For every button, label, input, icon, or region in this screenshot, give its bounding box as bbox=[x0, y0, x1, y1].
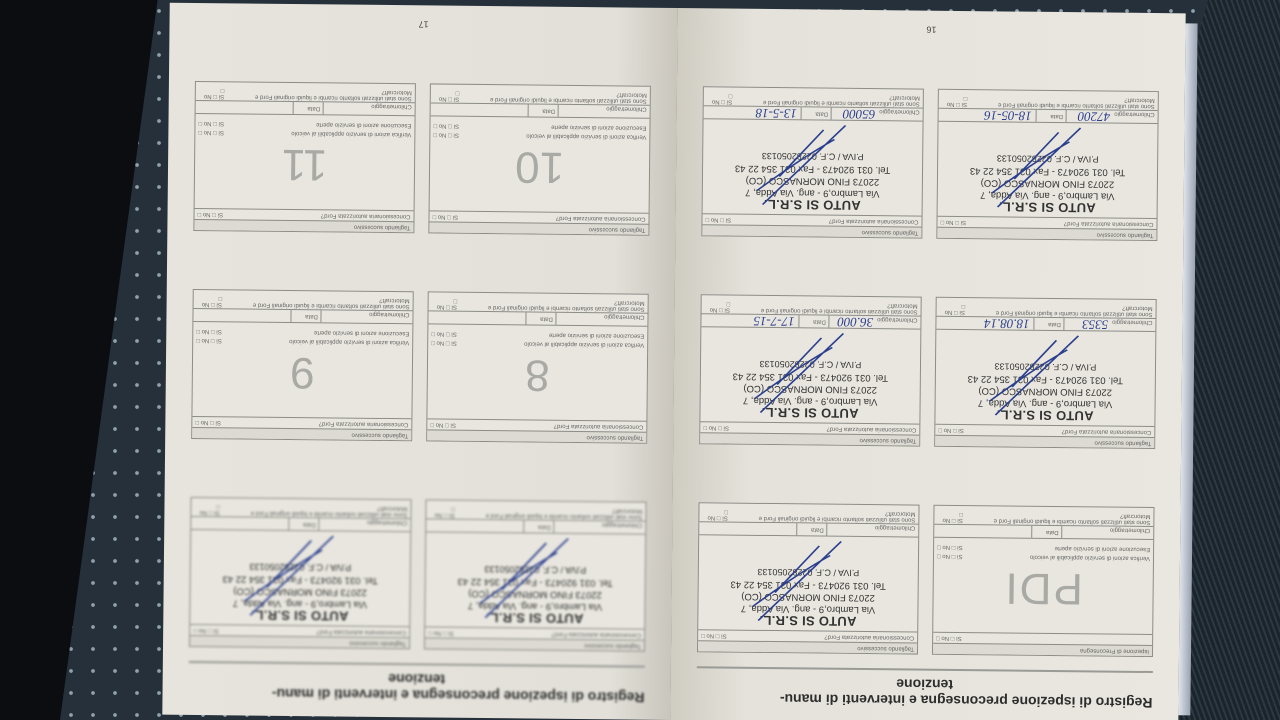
service-number: 9 bbox=[193, 346, 413, 398]
odometer-value bbox=[1106, 526, 1110, 541]
service-record-card-stamped: Tagliando successivo Concessionaria auto… bbox=[701, 86, 924, 238]
date-value: 13-5-18 bbox=[756, 105, 801, 121]
dealer-question-row: Concessionaria autorizzata Ford?Sì □ No … bbox=[935, 424, 1154, 437]
dealer-stamp: AUTO SI S.R.L. Via Lambro,9 - ang. Via A… bbox=[935, 360, 1155, 422]
card-body: AUTO SI S.R.L. Via Lambro,9 - ang. Via A… bbox=[190, 530, 410, 626]
genuine-parts-row: Sono stati utilizzati soltanto ricambi e… bbox=[704, 87, 923, 107]
odometer-value bbox=[363, 518, 367, 533]
dealer-stamp: AUTO SI S.R.L. Via Lambro,9 - ang. Via A… bbox=[938, 152, 1158, 214]
service-grid-left: Ispezione di Preconsegna Sì □ No □ PDI V… bbox=[697, 86, 1159, 657]
page-title: Registro di ispezione preconsegna e inte… bbox=[696, 666, 1152, 711]
service-checks: Verifica azioni di servizio applicabili … bbox=[431, 328, 644, 348]
card-header: Tagliando successivo bbox=[702, 224, 921, 237]
card-header: Tagliando successivo bbox=[425, 637, 644, 650]
card-body: 11 Verifica azioni di servizio applicabi… bbox=[195, 114, 415, 210]
card-header: Tagliando successivo bbox=[427, 429, 646, 442]
dealer-question-row: Concessionaria autorizzata Ford?Sì □ No … bbox=[427, 418, 646, 431]
genuine-parts-row: Sono stati utilizzati soltanto ricambi e… bbox=[431, 84, 650, 104]
genuine-parts-row: Sono stati utilizzati soltanto ricambi e… bbox=[937, 298, 1156, 318]
date-value: 18.08.14 bbox=[984, 315, 1034, 332]
odometer-value bbox=[367, 102, 371, 117]
dealer-question-row: Concessionaria autorizzata Ford?Sì □ No … bbox=[937, 216, 1156, 229]
genuine-parts-row: Sono stati utilizzati soltanto ricambi e… bbox=[196, 82, 415, 102]
dealer-stamp: AUTO SI S.R.L. Via Lambro,9 - ang. Via A… bbox=[698, 565, 918, 627]
page-number: 17 bbox=[170, 17, 678, 32]
service-checks: Verifica azioni di servizio applicabili … bbox=[198, 118, 411, 138]
card-header: Tagliando successivo bbox=[698, 640, 917, 653]
card-body: PDI Verifica azioni di servizio applicab… bbox=[933, 538, 1153, 634]
card-body: 10 Verifica azioni di servizio applicabi… bbox=[430, 116, 650, 212]
dealer-question-row: Concessionaria autorizzata Ford?Sì □ No … bbox=[698, 629, 917, 642]
dealer-question-row: Concessionaria autorizzata Ford?Sì □ No … bbox=[700, 421, 919, 434]
page-number: 16 bbox=[677, 22, 1185, 37]
odometer-value bbox=[598, 520, 602, 535]
card-header: Tagliando successivo bbox=[194, 219, 413, 232]
genuine-parts-row: Sono stati utilizzati soltanto ricambi e… bbox=[939, 90, 1158, 110]
service-record-card: Ispezione di Preconsegna Sì □ No □ PDI V… bbox=[932, 505, 1155, 657]
service-grid-right: Tagliando successivo Concessionaria auto… bbox=[189, 81, 651, 652]
genuine-parts-row: Sono stati utilizzati soltanto ricambi e… bbox=[429, 292, 648, 312]
dealer-question-row: Concessionaria autorizzata Ford?Sì □ No … bbox=[429, 210, 648, 223]
card-body: AUTO SI S.R.L. Via Lambro,9 - ang. Via A… bbox=[935, 330, 1155, 426]
dealer-question-row: Sì □ No □ bbox=[933, 632, 1152, 645]
odometer-value bbox=[600, 312, 604, 327]
service-record-card: Tagliando successivo Concessionaria auto… bbox=[426, 291, 649, 443]
dealer-question-row: Concessionaria autorizzata Ford?Sì □ No … bbox=[190, 624, 409, 637]
service-checks: Verifica azioni di servizio applicabili … bbox=[433, 120, 646, 140]
service-record-card-stamped: Tagliando successivo Concessionaria auto… bbox=[936, 89, 1159, 241]
date-value: 17-7-15 bbox=[753, 313, 798, 329]
card-body: AUTO SI S.R.L. Via Lambro,9 - ang. Via A… bbox=[698, 535, 918, 631]
service-checks: Verifica azioni di servizio applicabili … bbox=[196, 326, 409, 346]
page-17: Registro di ispezione preconsegna e inte… bbox=[162, 3, 677, 720]
card-body: AUTO SI S.R.L. Via Lambro,9 - ang. Via A… bbox=[938, 122, 1158, 218]
card-header: Ispezione di Preconsegna bbox=[933, 643, 1152, 656]
dealer-question-row: Concessionaria autorizzata Ford?Sì □ No … bbox=[194, 208, 413, 221]
service-record-card-stamped: Tagliando successivo Concessionaria auto… bbox=[934, 297, 1157, 449]
dealer-stamp: AUTO SI S.R.L. Via Lambro,9 - ang. Via A… bbox=[700, 357, 920, 419]
service-record-card-stamped: Tagliando successivo Concessionaria auto… bbox=[189, 497, 412, 649]
genuine-parts-row: Sono stati utilizzati soltanto ricambi e… bbox=[699, 503, 918, 523]
service-number: PDI bbox=[933, 562, 1153, 614]
page-16: Registro di ispezione preconsegna e inte… bbox=[670, 8, 1185, 720]
service-record-card: Tagliando successivo Concessionaria auto… bbox=[191, 289, 414, 441]
service-record-card-stamped: Tagliando successivo Concessionaria auto… bbox=[699, 294, 922, 446]
odometer-value bbox=[871, 523, 875, 538]
dealer-question-row: Concessionaria autorizzata Ford?Sì □ No … bbox=[425, 626, 644, 639]
card-body: AUTO SI S.R.L. Via Lambro,9 - ang. Via A… bbox=[425, 532, 645, 628]
page-title: Registro di ispezione preconsegna e inte… bbox=[188, 661, 644, 706]
card-body: AUTO SI S.R.L. Via Lambro,9 - ang. Via A… bbox=[703, 119, 923, 215]
card-header: Tagliando successivo bbox=[192, 427, 411, 440]
card-body: 8 Verifica azioni di servizio applicabil… bbox=[427, 324, 647, 420]
odometer-value: 5353 bbox=[1082, 317, 1112, 332]
card-header: Tagliando successivo bbox=[429, 221, 648, 234]
genuine-parts-row: Sono stati utilizzati soltanto ricambi e… bbox=[191, 498, 410, 518]
dealer-stamp: AUTO SI S.R.L. Via Lambro,9 - ang. Via A… bbox=[190, 560, 410, 622]
genuine-parts-row: Sono stati utilizzati soltanto ricambi e… bbox=[934, 506, 1153, 526]
service-number: 10 bbox=[430, 140, 650, 192]
service-record-card-stamped: Tagliando successivo Concessionaria auto… bbox=[424, 499, 647, 651]
dealer-question-row: Concessionaria autorizzata Ford?Sì □ No … bbox=[192, 416, 411, 429]
service-record-card-stamped: Tagliando successivo Concessionaria auto… bbox=[697, 502, 920, 654]
service-number: 11 bbox=[195, 138, 415, 190]
genuine-parts-row: Sono stati utilizzati soltanto ricambi e… bbox=[194, 290, 413, 310]
card-body: AUTO SI S.R.L. Via Lambro,9 - ang. Via A… bbox=[700, 327, 920, 423]
service-checks: Verifica azioni di servizio applicabili … bbox=[937, 542, 1150, 562]
dealer-stamp: AUTO SI S.R.L. Via Lambro,9 - ang. Via A… bbox=[425, 562, 645, 624]
genuine-parts-row: Sono stati utilizzati soltanto ricambi e… bbox=[702, 295, 921, 315]
card-body: 9 Verifica azioni di servizio applicabil… bbox=[192, 322, 412, 418]
card-header: Tagliando successivo bbox=[700, 432, 919, 445]
card-header: Tagliando successivo bbox=[190, 635, 409, 648]
date-value: 18-05-16 bbox=[984, 107, 1036, 124]
service-booklet: Registro di ispezione preconsegna e inte… bbox=[162, 3, 1185, 720]
card-header: Tagliando successivo bbox=[937, 227, 1156, 240]
service-number: 8 bbox=[428, 348, 648, 400]
dealer-question-row: Concessionaria autorizzata Ford?Sì □ No … bbox=[702, 213, 921, 226]
dealer-stamp: AUTO SI S.R.L. Via Lambro,9 - ang. Via A… bbox=[703, 149, 923, 211]
odometer-value bbox=[602, 104, 606, 119]
card-header: Tagliando successivo bbox=[935, 435, 1154, 448]
genuine-parts-row: Sono stati utilizzati soltanto ricambi e… bbox=[426, 500, 645, 520]
service-record-card: Tagliando successivo Concessionaria auto… bbox=[428, 83, 651, 235]
odometer-value bbox=[365, 310, 369, 325]
service-record-card: Tagliando successivo Concessionaria auto… bbox=[193, 81, 416, 233]
